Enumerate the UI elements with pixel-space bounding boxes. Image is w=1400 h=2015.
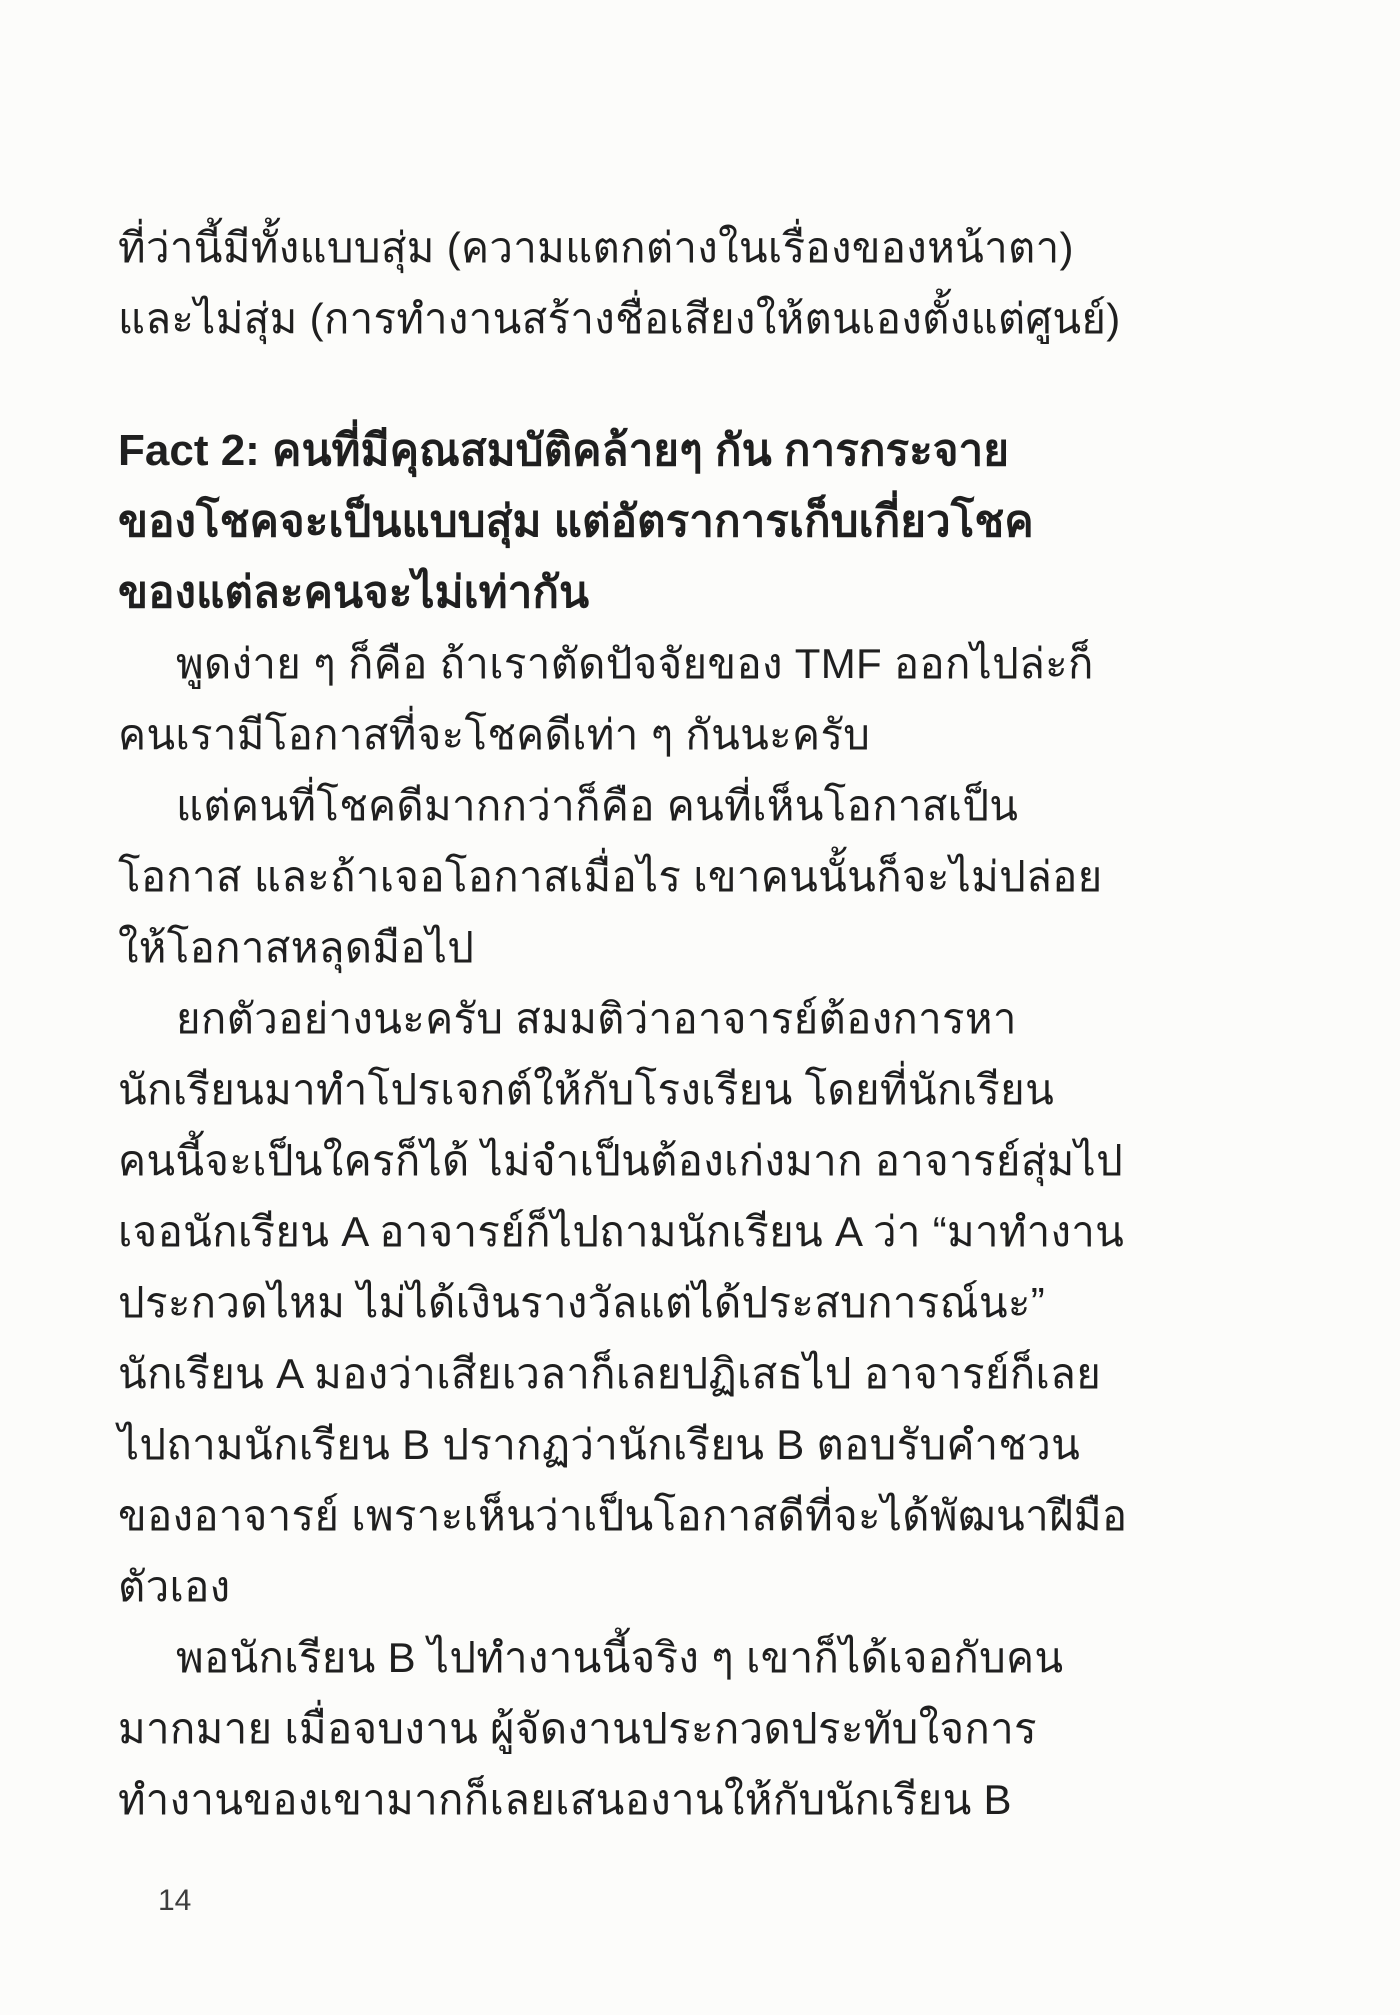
- heading-line: ของโชคจะเป็นแบบสุ่ม แต่อัตราการเก็บเกี่ย…: [118, 486, 1305, 557]
- text-line: และไม่สุ่ม (การทำงานสร้างชื่อเสียงให้ตนเ…: [118, 283, 1305, 354]
- text-line: ยกตัวอย่างนะครับ สมมติว่าอาจารย์ต้องการห…: [118, 983, 1305, 1054]
- book-page: ที่ว่านี้มีทั้งแบบสุ่ม (ความแตกต่างในเรื…: [0, 0, 1400, 2015]
- text-line: ตัวเอง: [118, 1551, 1305, 1622]
- heading-line: Fact 2: คนที่มีคุณสมบัติคล้ายๆ กัน การกร…: [118, 415, 1305, 486]
- body-paragraph: พูดง่าย ๆ ก็คือ ถ้าเราตัดปัจจัยของ TMF อ…: [118, 628, 1305, 770]
- text-line: พูดง่าย ๆ ก็คือ ถ้าเราตัดปัจจัยของ TMF อ…: [118, 628, 1305, 699]
- text-line: นักเรียน A มองว่าเสียเวลาก็เลยปฏิเสธไป อ…: [118, 1338, 1305, 1409]
- text-line: เจอนักเรียน A อาจารย์ก็ไปถามนักเรียน A ว…: [118, 1196, 1305, 1267]
- text-line: ให้โอกาสหลุดมือไป: [118, 912, 1305, 983]
- text-line: ของอาจารย์ เพราะเห็นว่าเป็นโอกาสดีที่จะไ…: [118, 1480, 1305, 1551]
- section-heading: Fact 2: คนที่มีคุณสมบัติคล้ายๆ กัน การกร…: [118, 415, 1305, 628]
- text-line: แต่คนที่โชคดีมากกว่าก็คือ คนที่เห็นโอกาส…: [118, 770, 1305, 841]
- body-paragraph: ยกตัวอย่างนะครับ สมมติว่าอาจารย์ต้องการห…: [118, 983, 1305, 1622]
- text-line: มากมาย เมื่อจบงาน ผู้จัดงานประกวดประทับใ…: [118, 1693, 1305, 1764]
- text-block: ที่ว่านี้มีทั้งแบบสุ่ม (ความแตกต่างในเรื…: [118, 212, 1305, 1835]
- body-paragraph: พอนักเรียน B ไปทำงานนี้จริง ๆ เขาก็ได้เจ…: [118, 1622, 1305, 1835]
- text-line: โอกาส และถ้าเจอโอกาสเมื่อไร เขาคนนั้นก็จ…: [118, 841, 1305, 912]
- text-line: คนนี้จะเป็นใครก็ได้ ไม่จำเป็นต้องเก่งมาก…: [118, 1125, 1305, 1196]
- page-number: 14: [158, 1884, 191, 1918]
- body-paragraph: แต่คนที่โชคดีมากกว่าก็คือ คนที่เห็นโอกาส…: [118, 770, 1305, 983]
- heading-line: ของแต่ละคนจะไม่เท่ากัน: [118, 557, 1305, 628]
- text-line: พอนักเรียน B ไปทำงานนี้จริง ๆ เขาก็ได้เจ…: [118, 1622, 1305, 1693]
- paragraph-continuation: ที่ว่านี้มีทั้งแบบสุ่ม (ความแตกต่างในเรื…: [118, 212, 1305, 354]
- text-line: ทำงานของเขามากก็เลยเสนองานให้กับนักเรียน…: [118, 1764, 1305, 1835]
- text-line: ไปถามนักเรียน B ปรากฏว่านักเรียน B ตอบรั…: [118, 1409, 1305, 1480]
- text-line: ที่ว่านี้มีทั้งแบบสุ่ม (ความแตกต่างในเรื…: [118, 212, 1305, 283]
- text-line: ประกวดไหม ไม่ได้เงินรางวัลแต่ได้ประสบการ…: [118, 1267, 1305, 1338]
- text-line: คนเรามีโอกาสที่จะโชคดีเท่า ๆ กันนะครับ: [118, 699, 1305, 770]
- text-line: นักเรียนมาทำโปรเจกต์ให้กับโรงเรียน โดยที…: [118, 1054, 1305, 1125]
